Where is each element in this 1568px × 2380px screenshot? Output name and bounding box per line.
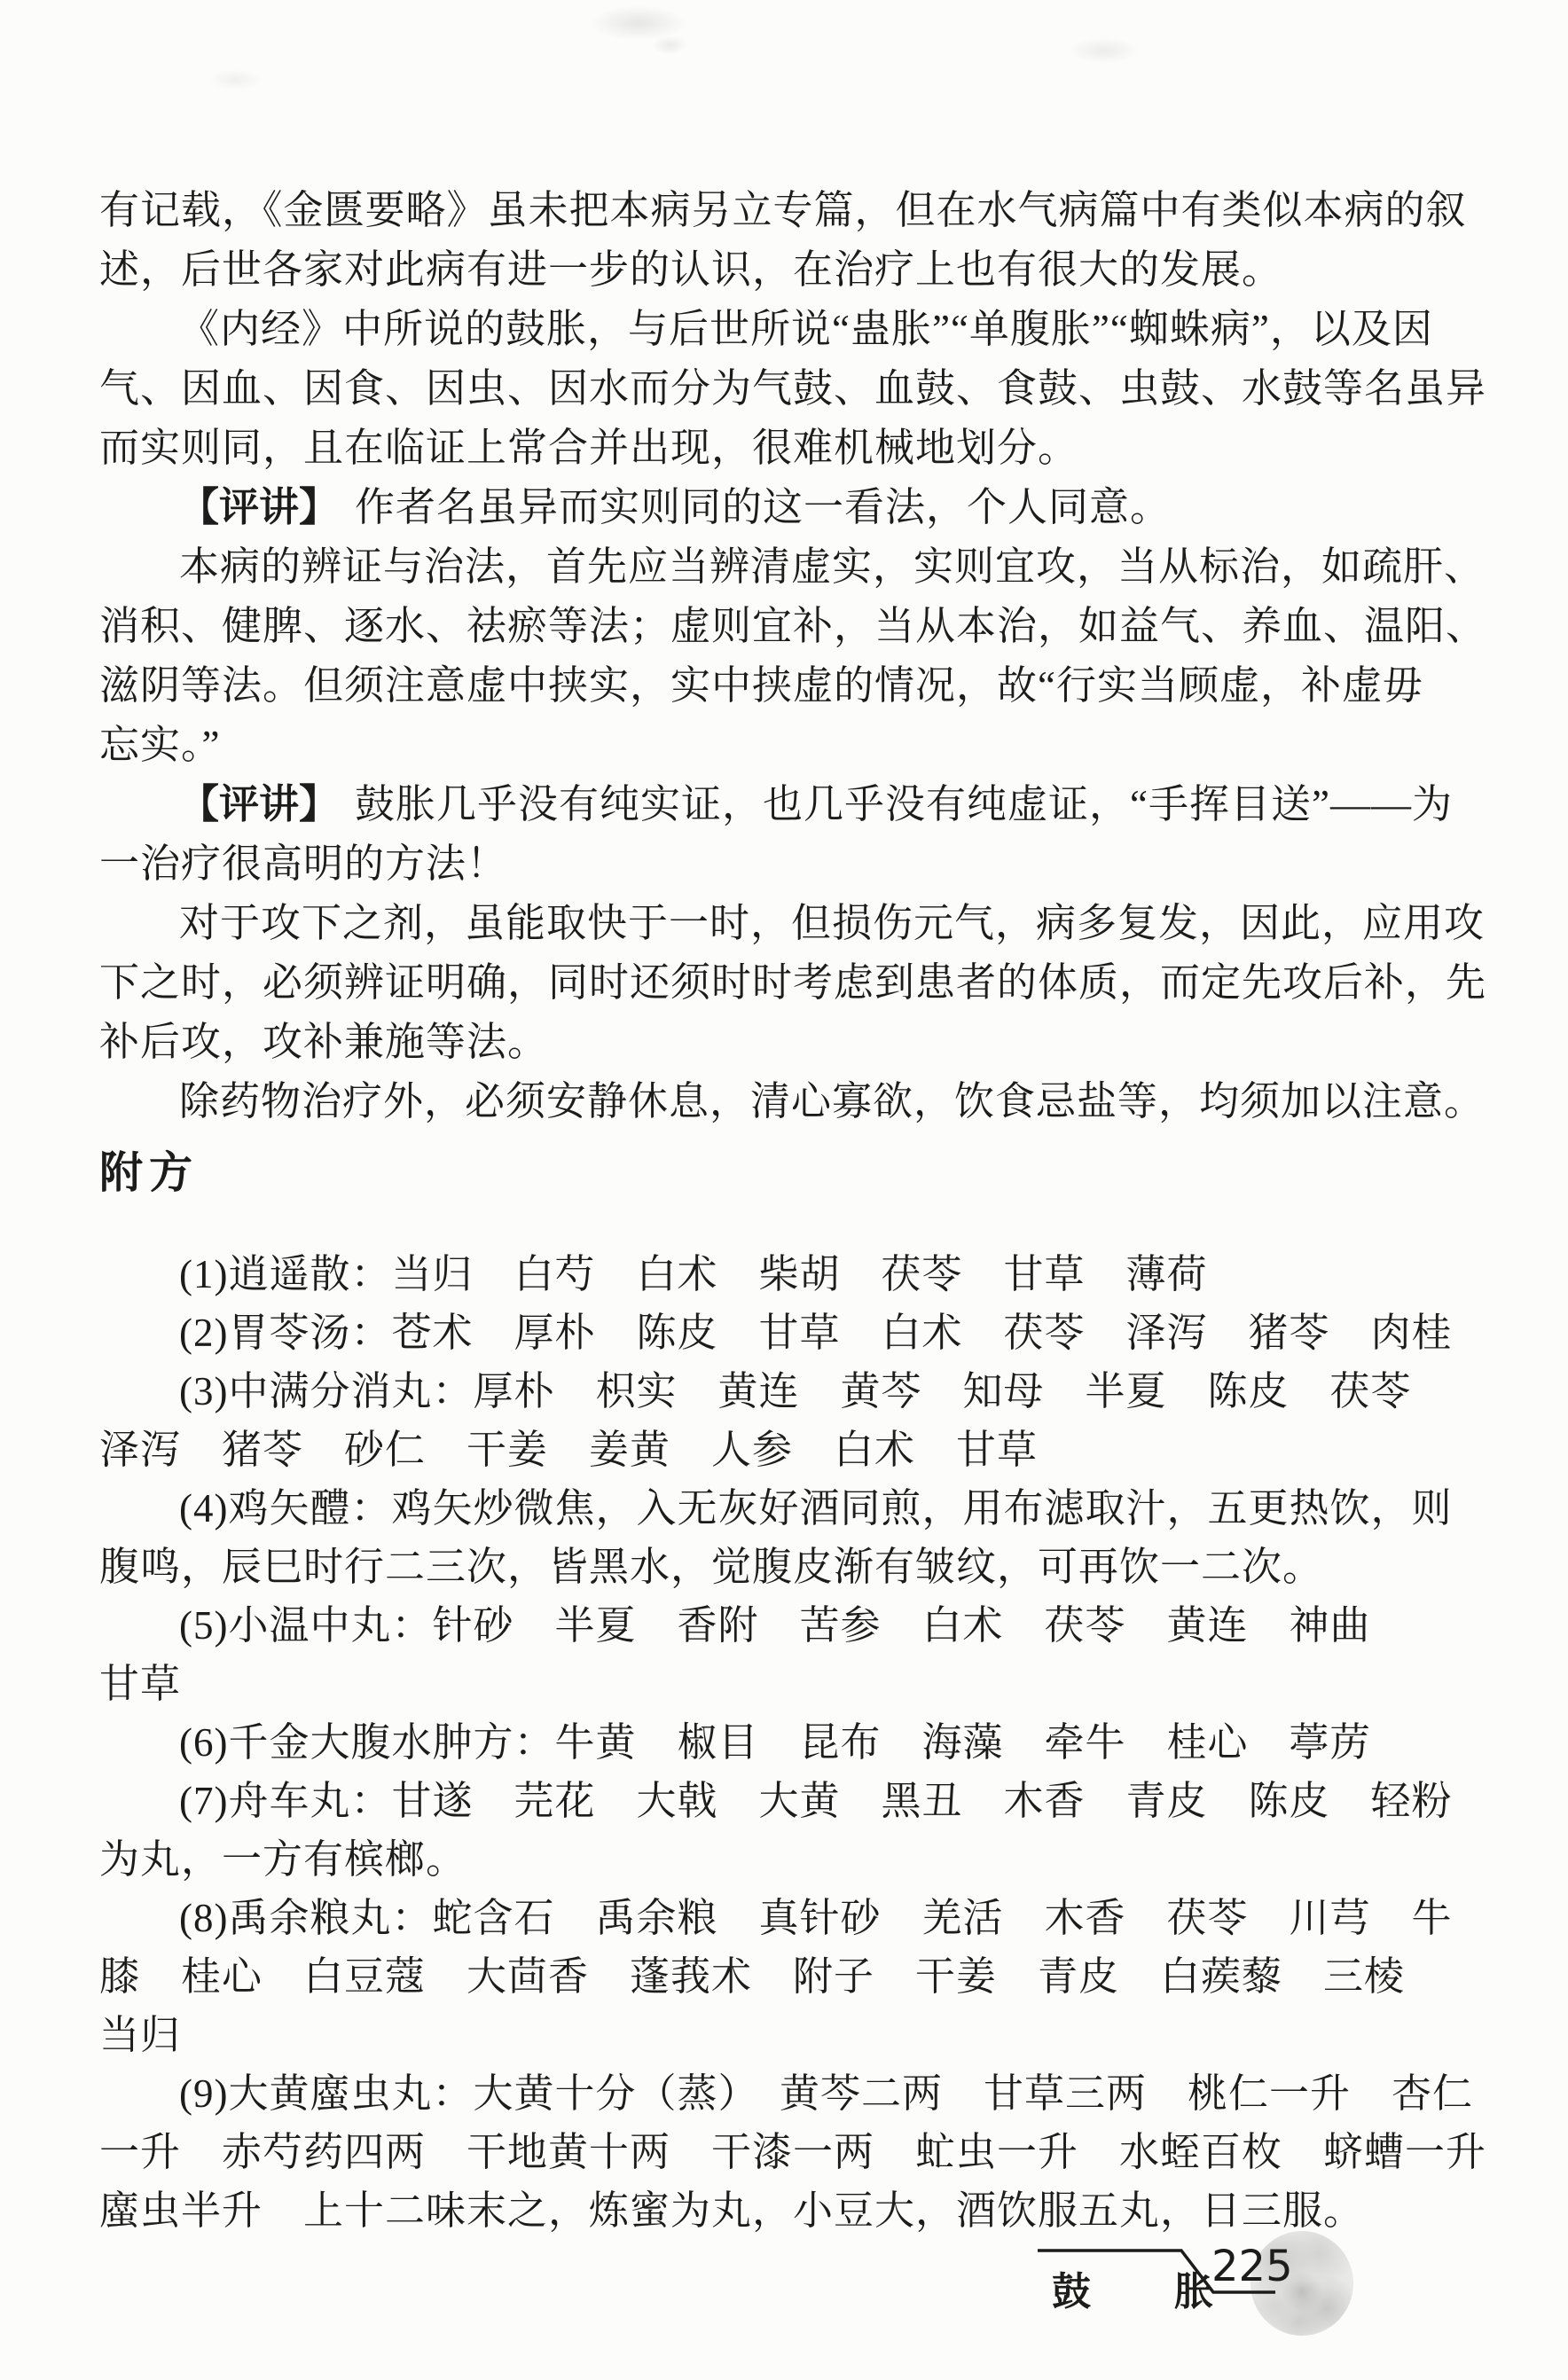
formula-line: 䗪虫半升 上十二味末之，炼蜜为丸，小豆大，酒饮服五丸，日三服。 bbox=[99, 2181, 1472, 2240]
text-line: 【评讲】作者名虽异而实则同的这一看法，个人同意。 bbox=[99, 478, 1472, 537]
formula-line: 当归 bbox=[99, 2006, 1472, 2064]
text-line: 《内经》中所说的鼓胀，与后世所说“蛊胀”“单腹胀”“蜘蛛病”，以及因 bbox=[99, 300, 1472, 359]
text-line: 除药物治疗外，必须安静休息，清心寡欲，饮食忌盐等，均须加以注意。 bbox=[99, 1072, 1472, 1131]
formula-line: (5)小温中丸：针砂 半夏 香附 苦参 白术 茯苓 黄连 神曲 bbox=[99, 1596, 1472, 1655]
text-line: 下之时，必须辨证明确，同时还须时时考虑到患者的体质，而定先攻后补，先 bbox=[99, 953, 1472, 1013]
section-heading: 附方 bbox=[99, 1147, 1472, 1199]
page-text: 有记载，《金匮要略》虽未把本病另立专篇，但在水气病篇中有类似本病的叙述，后世各家… bbox=[99, 181, 1472, 2240]
formula-line: (1)逍遥散：当归 白芍 白术 柴胡 茯苓 甘草 薄荷 bbox=[99, 1245, 1472, 1304]
page-number: 225 bbox=[1211, 2242, 1293, 2291]
chapter-title: 鼓 胀 bbox=[1052, 2259, 1215, 2316]
text-line: 补后攻，攻补兼施等法。 bbox=[99, 1013, 1472, 1072]
text-line: 本病的辨证与治法，首先应当辨清虚实，实则宜攻，当从标治，如疏肝、 bbox=[99, 537, 1472, 597]
text-line: 有记载，《金匮要略》虽未把本病另立专篇，但在水气病篇中有类似本病的叙 bbox=[99, 181, 1472, 240]
formula-line: 泽泻 猪苓 砂仁 干姜 姜黄 人参 白术 甘草 bbox=[99, 1421, 1472, 1479]
formula-line: 为丸，一方有槟榔。 bbox=[99, 1830, 1472, 1889]
formula-section: (1)逍遥散：当归 白芍 白术 柴胡 茯苓 甘草 薄荷(2)胃苓汤：苍术 厚朴 … bbox=[99, 1245, 1472, 2240]
text-line: 而实则同，且在临证上常合并出现，很难机械地划分。 bbox=[99, 419, 1472, 478]
text-line: 一治疗很高明的方法！ bbox=[99, 834, 1472, 894]
text-line: 忘实。” bbox=[99, 716, 1472, 775]
text-line: 【评讲】鼓胀几乎没有纯实证，也几乎没有纯虚证，“手挥目送”——为 bbox=[99, 775, 1472, 834]
formula-line: (4)鸡矢醴：鸡矢炒微焦，入无灰好酒同煎，用布滤取汁，五更热饮，则 bbox=[99, 1479, 1472, 1538]
footer-rule bbox=[1027, 2238, 1293, 2302]
comment-label: 【评讲】 bbox=[179, 485, 339, 529]
comment-label: 【评讲】 bbox=[179, 782, 339, 826]
formula-line: 膝 桂心 白豆蔻 大茴香 蓬莪术 附子 干姜 青皮 白蒺藜 三棱 bbox=[99, 1947, 1472, 2006]
formula-line: (2)胃苓汤：苍术 厚朴 陈皮 甘草 白术 茯苓 泽泻 猪苓 肉桂 bbox=[99, 1304, 1472, 1362]
text-line: 滋阴等法。但须注意虚中挟实，实中挟虚的情况，故“行实当顾虚，补虚毋 bbox=[99, 656, 1472, 716]
formula-line: 一升 赤芍药四两 干地黄十两 干漆一两 虻虫一升 水蛭百枚 蛴螬一升 bbox=[99, 2123, 1472, 2181]
formula-line: (8)禹余粮丸：蛇含石 禹余粮 真针砂 羌活 木香 茯苓 川芎 牛 bbox=[99, 1889, 1472, 1947]
formula-line: 甘草 bbox=[99, 1655, 1472, 1713]
scan-smudge bbox=[1069, 37, 1140, 64]
formula-line: (7)舟车丸：甘遂 芫花 大戟 大黄 黑丑 木香 青皮 陈皮 轻粉 bbox=[99, 1772, 1472, 1830]
book-page: 有记载，《金匮要略》虽未把本病另立专篇，但在水气病篇中有类似本病的叙述，后世各家… bbox=[0, 0, 1568, 2380]
scan-smudge bbox=[652, 35, 687, 55]
text-line: 对于攻下之剂，虽能取快于一时，但损伤元气，病多复发，因此，应用攻 bbox=[99, 894, 1472, 953]
text-line: 气、因血、因食、因虫、因水而分为气鼓、血鼓、食鼓、虫鼓、水鼓等名虽异 bbox=[99, 359, 1472, 419]
scan-smudge bbox=[208, 69, 262, 90]
formula-line: (9)大黄䗪虫丸：大黄十分（蒸） 黄芩二两 甘草三两 桃仁一升 杏仁 bbox=[99, 2064, 1472, 2123]
decorative-stamp bbox=[1250, 2231, 1353, 2336]
text-line: 述，后世各家对此病有进一步的认识，在治疗上也有很大的发展。 bbox=[99, 240, 1472, 300]
main-text-section: 有记载，《金匮要略》虽未把本病另立专篇，但在水气病篇中有类似本病的叙述，后世各家… bbox=[99, 181, 1472, 1131]
formula-line: 腹鸣，辰巳时行二三次，皆黑水，觉腹皮渐有皱纹，可再饮一二次。 bbox=[99, 1538, 1472, 1596]
scan-smudge bbox=[590, 5, 687, 41]
formula-line: (3)中满分消丸：厚朴 枳实 黄连 黄芩 知母 半夏 陈皮 茯苓 bbox=[99, 1362, 1472, 1421]
text-line: 消积、健脾、逐水、祛瘀等法；虚则宜补，当从本治，如益气、养血、温阳、 bbox=[99, 597, 1472, 656]
formula-line: (6)千金大腹水肿方：牛黄 椒目 昆布 海藻 牵牛 桂心 葶苈 bbox=[99, 1713, 1472, 1772]
